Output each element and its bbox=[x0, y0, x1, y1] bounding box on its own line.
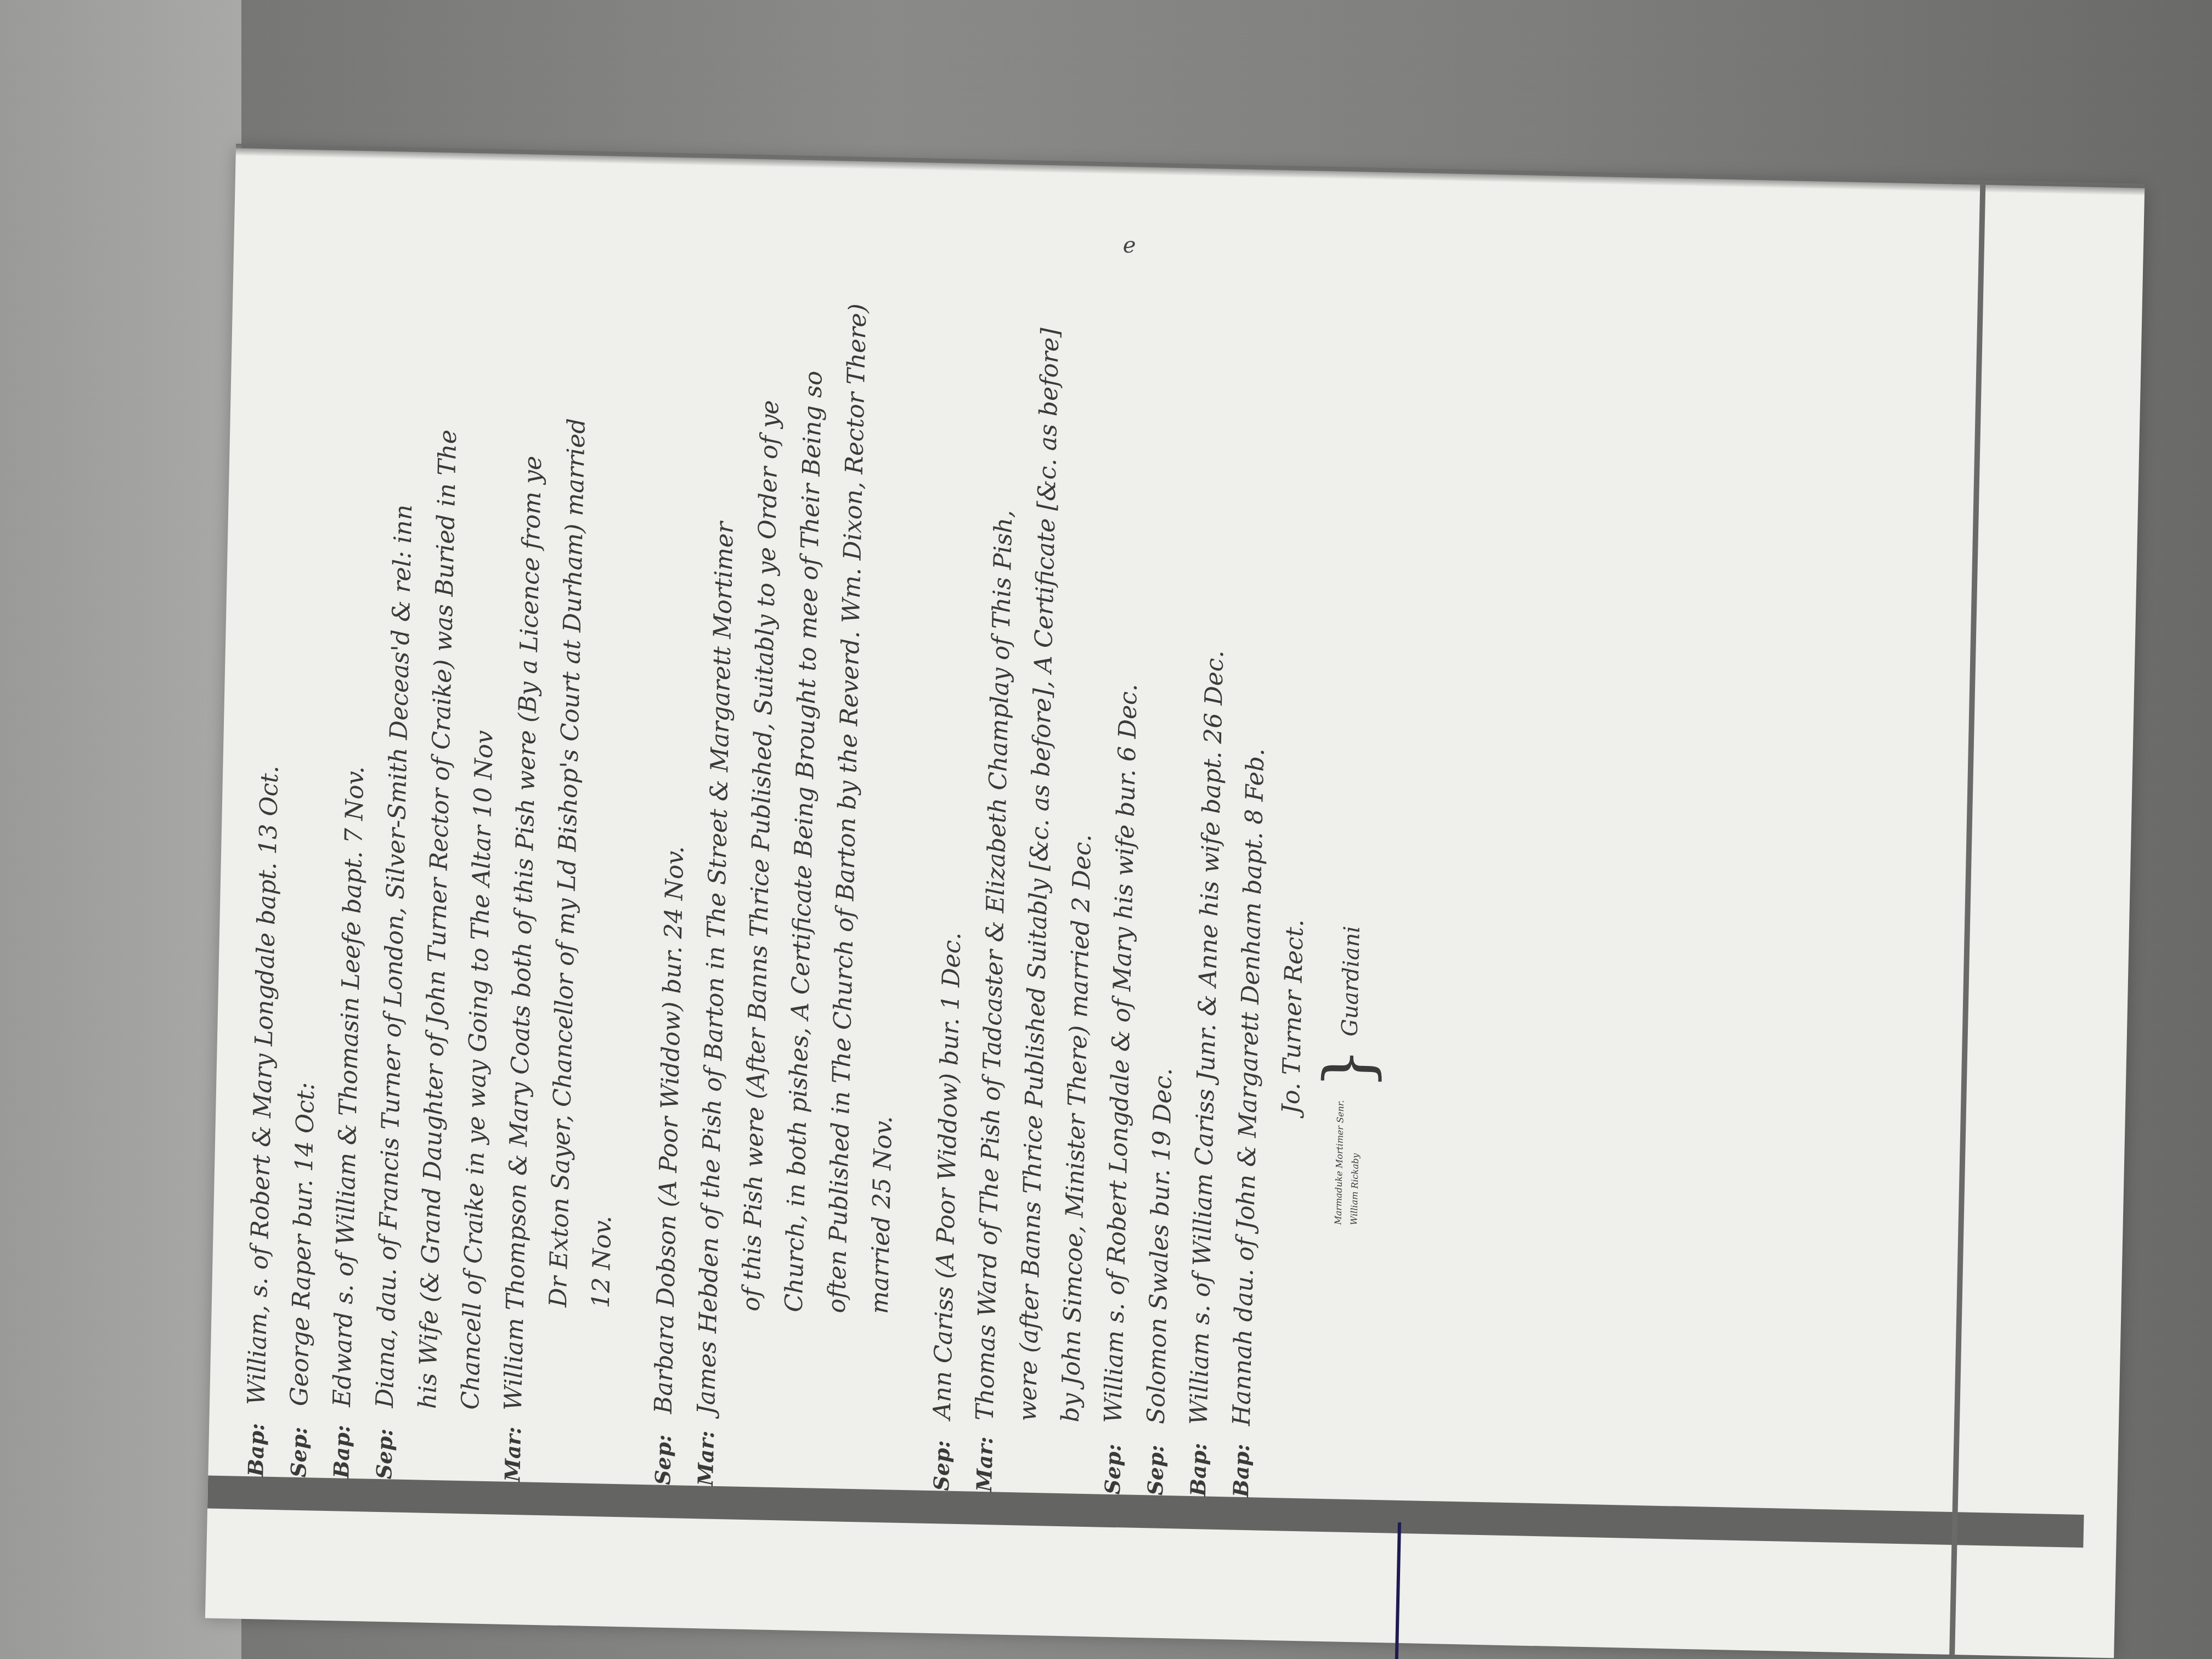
entry-text: William, s. of Robert & Mary Longdale ba… bbox=[242, 765, 284, 1406]
entry-type-label: Sep: bbox=[371, 1408, 398, 1480]
binding-edge bbox=[0, 0, 241, 1659]
margin-ink-mark bbox=[1395, 1522, 1401, 1659]
brace-icon: } bbox=[1327, 1047, 1372, 1090]
entry-text: George Raper bur. 14 Oct: bbox=[285, 1082, 320, 1406]
entry-type-label: Sep: bbox=[929, 1419, 955, 1491]
rector-signature-text: Jo. Turner Rect. bbox=[1277, 919, 1309, 1114]
guardian-signature: William Rickaby bbox=[1348, 1101, 1362, 1226]
guardian-names: Marmaduke Mortimer Senr. William Rickaby bbox=[1333, 1100, 1362, 1225]
entry-text: 12 Nov. bbox=[587, 1215, 617, 1308]
entry-text: married 25 Nov. bbox=[866, 1116, 898, 1314]
register-entries: Bap: William, s. of Robert & Mary Longda… bbox=[241, 215, 1389, 1499]
entry-type-label: Mar: bbox=[500, 1410, 526, 1482]
right-margin-rule bbox=[1949, 185, 1985, 1655]
entry-type-label: Mar: bbox=[693, 1414, 719, 1486]
entry-type-label: Mar: bbox=[972, 1420, 998, 1492]
entry-type-label: Sep: bbox=[286, 1406, 312, 1477]
entry-type-label: Sep: bbox=[1100, 1423, 1126, 1495]
entry-type-label: Bap: bbox=[243, 1405, 269, 1477]
guardian-signature: Marmaduke Mortimer Senr. bbox=[1333, 1100, 1346, 1225]
entry-type-label: Bap: bbox=[1186, 1425, 1212, 1497]
entry-type-label: Bap: bbox=[1228, 1425, 1255, 1497]
entry-type-label: Sep: bbox=[1143, 1424, 1169, 1496]
guardians-label: Guardiani bbox=[1338, 926, 1365, 1036]
register-page: e Bap: William, s. of Robert & Mary Long… bbox=[205, 148, 2145, 1658]
entry-type-label: Sep: bbox=[650, 1413, 676, 1485]
entry-type-label: Bap: bbox=[329, 1407, 355, 1479]
